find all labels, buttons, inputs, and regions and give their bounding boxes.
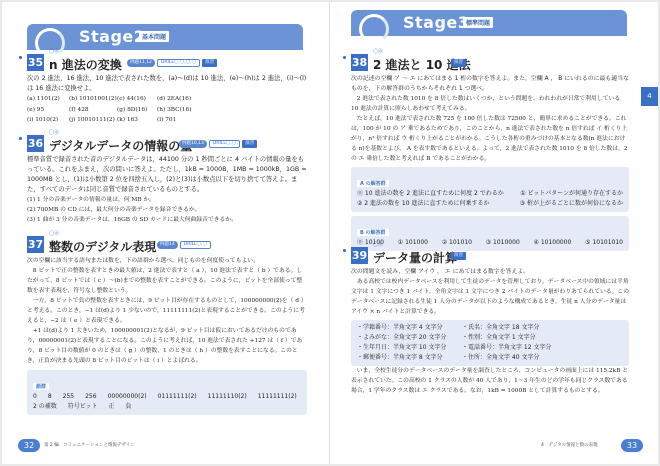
word-bank: 語群 0 8 255 256 00000000(2) 01111111(2) 1… xyxy=(27,370,307,415)
stage-level-badge: 標準問題 xyxy=(463,17,493,28)
field: ・よみがな：全角文字 20 文字分 xyxy=(357,333,462,343)
item: (d) 2EA(16) xyxy=(157,94,197,105)
question-intro: 次の空欄に該当する語句または数を，下の語群から選べ。同じものを何度使ってもよい。 xyxy=(27,256,307,266)
word-bank-label: 語群 xyxy=(33,383,49,390)
word-option: 負 xyxy=(126,402,132,412)
question-title: データ量の計算 xyxy=(373,249,457,266)
difficulty-icon: 〇㋭ xyxy=(49,230,59,237)
item: (l) 701 xyxy=(157,115,197,126)
stage-circle-icon xyxy=(359,14,389,44)
item: (a) 1101(2) xyxy=(27,94,69,105)
stage-level-badge: 基本問題 xyxy=(139,31,169,42)
word-option: 11111110(2) xyxy=(208,392,247,402)
stage-title: Stage3 xyxy=(403,13,469,32)
word-option: 00000000(2) xyxy=(108,392,147,402)
answer-group-label: B の解答群 xyxy=(357,229,389,236)
paragraph-2: たとえば，10 進法で表された数 725 を 100 倍した数は 72500 と… xyxy=(351,114,629,164)
sub-question-3: (3) 1 曲が 3 分の音楽データは，16GB の SD カードに最大何曲録音… xyxy=(27,215,307,225)
stage-title: Stage2 xyxy=(79,27,145,46)
question-36: 36 〇㋭ デジタルデータの情報の量 例題10,13 DRILL〇,〇 演習 標… xyxy=(27,133,307,225)
word-option: 11111111(2) xyxy=(258,392,297,402)
paragraph-1: ある高校では校内データベースを利用して生徒のデータを管理しており，データベース中… xyxy=(351,277,629,317)
field: ・氏名：全角文字 18 文字分 xyxy=(462,323,539,333)
difficulty-icon: 〇㋭ xyxy=(373,241,383,248)
exercise-tag: 演習 xyxy=(451,252,466,260)
word-option: 正 xyxy=(109,402,115,412)
sub-question-2: (2) 700MB の CD には，最大何分の音楽データを録音できるか。 xyxy=(27,205,307,215)
difficulty-icon: 〇㋭ xyxy=(49,48,59,55)
field: ・電話番号：半角文字 12 文字分 xyxy=(462,343,551,353)
answer-option: ③ 桁が上がるごとに数が何倍になるか xyxy=(520,199,623,209)
exercise-tag: 演習 xyxy=(202,59,217,67)
question-35: 35 〇㋭ n 進法の変換 例題11,12 DRILL〇,〇,〇,〇 演習 次の… xyxy=(27,52,307,126)
question-39: 39 〇㋭ データ量の計算 演習 次の問題文を読み，空欄 アイウ ， エ にあて… xyxy=(351,245,629,396)
paragraph-2: いま，全校生徒分のデータベースのデータ量を調査したところ，コンピュータの画面上に… xyxy=(351,366,629,396)
footer-text: 4 デジタル情報と数の表現 xyxy=(541,442,598,448)
question-38: 38 〇㋭ 2 進法と 10 進法 演習 次の記述の空欄 ア 〜 エ にあてはま… xyxy=(351,52,629,251)
word-option: 256 xyxy=(85,392,96,402)
page-number: 33 xyxy=(621,439,643,452)
question-title: デジタルデータの情報の量 xyxy=(49,137,192,154)
question-number: 37 xyxy=(27,236,44,253)
question-text: 標準音質で録音された音のデジタルデータは，44100 分の 1 秒間ごとに 4 … xyxy=(27,155,307,195)
item: (g) 8D(16) xyxy=(117,105,157,116)
item: (f) 428 xyxy=(69,105,117,116)
item: (h) 3BC(16) xyxy=(157,105,197,116)
item: (e) 95 xyxy=(27,105,69,116)
question-number: 36 xyxy=(27,135,44,152)
item: (k) 163 xyxy=(117,115,157,126)
page-number: 32 xyxy=(18,439,40,452)
difficulty-icon: 〇㋭ xyxy=(49,129,59,136)
paragraph-2: 一方，8 ビットで負の整数を表すときには，9 ビット目が存在するものとして，10… xyxy=(27,296,307,326)
right-page: Stage3 標準問題 38 〇㋭ 2 進法と 10 進法 演習 次の記述の空欄… xyxy=(331,2,658,464)
bullet-icon xyxy=(343,249,346,252)
paragraph-1: 2 進法で表された数 1010 を 8 倍した数はいくつか，という問題を，われわ… xyxy=(351,94,629,114)
question-text: 次の問題文を読み，空欄 アイウ ， エ にあてはまる数字を答えよ。 xyxy=(351,267,629,277)
word-option: 2 の補数 xyxy=(33,402,57,412)
question-text: 次の 2 進法，16 進法，10 進法で表された数を，(a)〜(d)は 10 進… xyxy=(27,74,307,94)
stage2-header: Stage2 基本問題 xyxy=(27,24,303,50)
left-page: Stage2 基本問題 35 〇㋭ n 進法の変換 例題11,12 DRILL〇… xyxy=(2,2,330,464)
word-option: 255 xyxy=(63,392,74,402)
question-number: 38 xyxy=(351,54,368,71)
bullet-icon xyxy=(343,56,346,59)
difficulty-icon: 〇㋭ xyxy=(373,48,383,55)
stage3-header: Stage3 標準問題 xyxy=(351,10,627,36)
bullet-icon xyxy=(19,137,22,140)
word-option: 符号ビット xyxy=(68,402,98,412)
example-ref-tag[interactable]: 例題11,12 xyxy=(127,59,155,67)
word-option: 0 xyxy=(33,392,37,402)
answer-option: ② 2 進法の数を 10 進法に直すために何乗するか xyxy=(357,199,489,209)
field: ・住所：全角文字 40 文字分 xyxy=(462,353,539,363)
drill-ref-tag[interactable]: DRILL〇,〇 xyxy=(180,241,211,249)
answer-group-label: A の解答群 xyxy=(357,180,389,187)
answer-option: ① ビットパターンが何通り存在するか xyxy=(520,189,623,199)
exercise-tag: 演習 xyxy=(451,59,466,67)
field: ・学籍番号：半角文字 4 文字分 xyxy=(357,323,462,333)
item: (i) 1010(2) xyxy=(27,115,69,126)
chapter-side-tab[interactable]: 4 xyxy=(641,87,658,106)
footer-text: 第 2 編 コミュニケーションと情報デザイン xyxy=(44,442,135,448)
conversion-items: (a) 1101(2) (b) 10101001(2) (c) 44(16) (… xyxy=(27,94,307,126)
question-37: 37 〇㋭ 整数のデジタル表現 例題14 DRILL〇,〇 次の空欄に該当する語… xyxy=(27,234,307,415)
exercise-tag: 演習 xyxy=(242,140,257,148)
word-option: 01111111(2) xyxy=(158,392,197,402)
student-record-fields: ・学籍番号：半角文字 4 文字分・氏名：全角文字 18 文字分 ・よみがな：全角… xyxy=(351,320,629,366)
question-number: 35 xyxy=(27,54,44,71)
paragraph-3: +1 は(d)より 1 大きいため，100000001(2)となるが，9 ビット… xyxy=(27,326,307,366)
question-text: 次の記述の空欄 ア 〜 エ にあてはまる 1 桁の数字を答えよ。また，空欄 A … xyxy=(351,74,629,94)
question-number: 39 xyxy=(351,247,368,264)
item: (b) 10101001(2) xyxy=(69,94,117,105)
field: ・郵便番号：半角文字 8 文字分 xyxy=(357,353,462,363)
question-title: 整数のデジタル表現 xyxy=(49,238,156,255)
paragraph-1: 8 ビットで正の整数を表すときの最大値は，2 進法で表すと（ a ），10 進法… xyxy=(27,266,307,296)
sub-question-1: (1) 1 分の音楽データの情報の量は，何 MB か。 xyxy=(27,195,307,205)
drill-ref-tag[interactable]: DRILL〇,〇,〇,〇 xyxy=(157,59,200,67)
answer-option: ⓪ 10 進法の数を 2 進法に直すために何度 2 でわるか xyxy=(357,189,504,199)
bullet-icon xyxy=(19,56,22,59)
field: ・性別：全角文字 1 文字分 xyxy=(462,333,536,343)
textbook-spread: Stage2 基本問題 35 〇㋭ n 進法の変換 例題11,12 DRILL〇… xyxy=(2,2,658,464)
answer-group-a: A の解答群 ⓪ 10 進法の数を 2 進法に直すために何度 2 でわるか ① … xyxy=(351,167,629,212)
question-title: n 進法の変換 xyxy=(49,56,122,73)
item: (c) 44(16) xyxy=(117,94,157,105)
field: ・生年月日：半角文字 10 文字分 xyxy=(357,343,462,353)
drill-ref-tag[interactable]: DRILL〇,〇 xyxy=(209,140,240,148)
item: (j) 10010111(2) xyxy=(69,115,117,126)
word-option: 8 xyxy=(48,392,52,402)
example-ref-tag[interactable]: 例題14 xyxy=(157,241,178,249)
example-ref-tag[interactable]: 例題10,13 xyxy=(179,140,207,148)
